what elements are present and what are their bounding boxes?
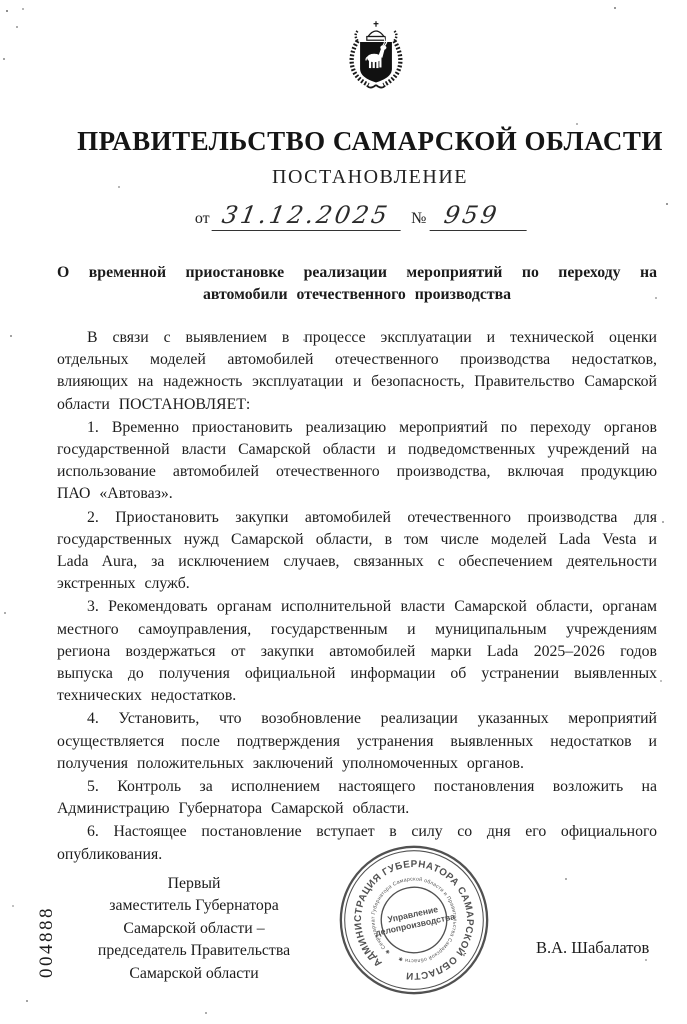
signatory-position-block: Первый заместитель Губернатора Самарской… [75, 873, 313, 986]
item-1-paragraph: 1. Временно приостановить реализацию мер… [57, 417, 657, 506]
registration-margin-number: 004888 [36, 906, 58, 978]
signatory-name: В.А. Шабалатов [536, 938, 649, 958]
emblem-container [76, 0, 676, 118]
document-body: В связи с выявлением в процессе эксплуат… [57, 327, 657, 866]
samara-coat-of-arms-icon [333, 20, 419, 118]
position-line: заместитель Губернатора [75, 895, 313, 918]
item-2-paragraph: 2. Приостановить закупки автомобилей оте… [57, 507, 657, 596]
handwritten-number: 959 [430, 203, 532, 231]
item-4-paragraph: 4. Установить, что возобновление реализа… [57, 708, 657, 775]
number-sign-label: № [411, 210, 426, 227]
item-3-paragraph: 3. Рекомендовать органам исполнительной … [57, 596, 657, 707]
intro-paragraph: В связи с выявлением в процессе эксплуат… [57, 327, 657, 416]
date-number-line: от31.12.2025№959 [62, 203, 662, 231]
position-line: Самарской области – [75, 918, 313, 941]
scan-speckles [0, 0, 2, 2]
organization-name: ПРАВИТЕЛЬСТВО САМАРСКОЙ ОБЛАСТИ [70, 126, 670, 157]
document-page: ПРАВИТЕЛЬСТВО САМАРСКОЙ ОБЛАСТИ ПОСТАНОВ… [0, 0, 687, 1024]
position-line: председатель Правительства [75, 940, 313, 963]
date-prefix-label: от [195, 210, 210, 227]
item-5-paragraph: 5. Контроль за исполнением настоящего по… [57, 776, 657, 820]
document-type-heading: ПОСТАНОВЛЕНИЕ [70, 166, 670, 189]
position-line: Первый [75, 873, 313, 896]
position-line: Самарской области [75, 963, 313, 986]
shield-shape [360, 42, 392, 82]
document-title: О временной приостановке реализации меро… [57, 262, 657, 306]
handwritten-date: 31.12.2025 [211, 203, 405, 231]
official-seal-stamp: АДМИНИСТРАЦИЯ ГУБЕРНАТОРА САМАРСКОЙ ОБЛА… [337, 843, 491, 997]
